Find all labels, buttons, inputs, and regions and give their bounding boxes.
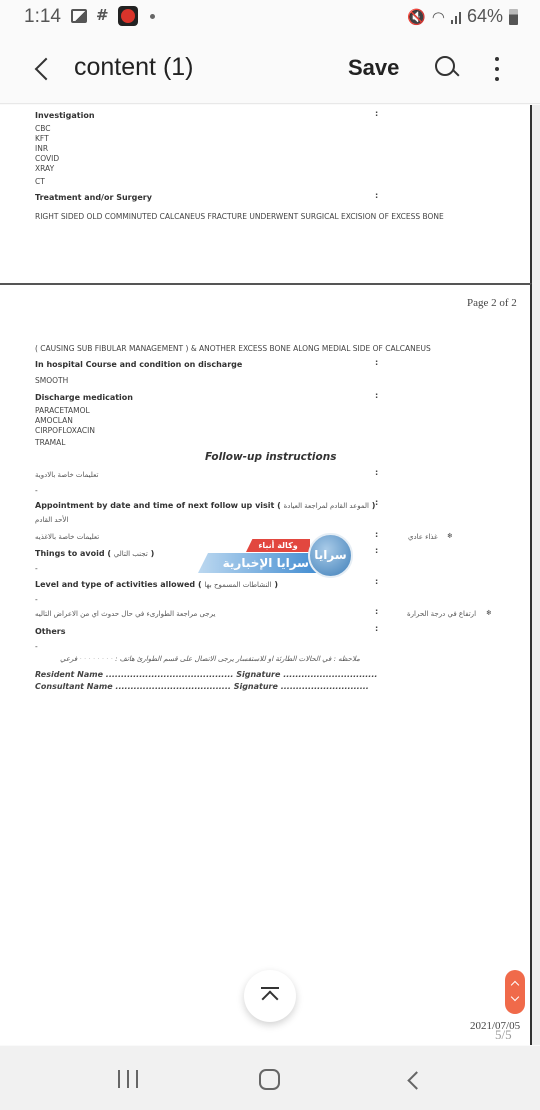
emergency-note: ملاحظه : في الحالات الطارئة او للاستفسار…: [60, 655, 360, 663]
colon: :: [375, 191, 378, 200]
investigation-item: KFT: [35, 134, 59, 144]
back-icon[interactable]: [404, 1070, 424, 1090]
emergency-instructions-ar: يرجى مراجعة الطوارىء في حال حدوث اي من ا…: [35, 610, 215, 618]
colon: :: [375, 358, 378, 367]
dash: -: [35, 595, 38, 605]
mute-vibrate-icon: 🔇: [407, 8, 426, 26]
colon: :: [375, 624, 378, 633]
appointment-value: الأحد القادم: [35, 516, 68, 524]
colon: :: [375, 546, 378, 555]
navigation-bar: [0, 1046, 540, 1110]
signal-icon: [451, 10, 461, 24]
colon: :: [375, 109, 378, 118]
investigation-item: CT: [35, 177, 59, 187]
chevron-left-icon[interactable]: [28, 52, 56, 86]
watermark-globe-logo: سرايا: [308, 533, 353, 578]
app-bar: content (1) Save: [0, 36, 540, 104]
bullet-icon: ❄: [447, 531, 453, 541]
colon: :: [375, 530, 378, 539]
medication-item: PARACETAMOL: [35, 406, 95, 416]
medication-item: AMOCLAN: [35, 416, 95, 426]
document-title: content (1): [74, 53, 194, 82]
pdf-page-5: Page 2 of 2 ( CAUSING SUB FIBULAR MANAGE…: [0, 283, 532, 1045]
dash: -: [35, 642, 38, 652]
page-indicator: 5/5: [495, 1027, 512, 1043]
more-vertical-icon[interactable]: [490, 54, 504, 84]
medication-item: TRAMAL: [35, 438, 95, 448]
others-label: Others: [35, 627, 65, 636]
battery-icon: [509, 9, 518, 25]
news-watermark: سرايا الإخبارية وكالة أنباء سرايا: [198, 533, 353, 588]
slack-icon: #: [96, 6, 109, 24]
treatment-label: Treatment and/or Surgery: [35, 193, 152, 202]
investigation-item: INR: [35, 144, 59, 154]
bullet-icon: ❄: [486, 608, 492, 618]
pdf-viewer[interactable]: Investigation : CBC KFT INR COVID XRAY C…: [0, 105, 540, 1045]
diet-value: غذاء عادي: [408, 533, 438, 541]
treatment-continuation: ( CAUSING SUB FIBULAR MANAGEMENT ) & ANO…: [35, 344, 431, 354]
page-of-label: Page 2 of 2: [467, 297, 517, 309]
colon: :: [375, 391, 378, 400]
follow-up-title: Follow-up instructions: [205, 451, 336, 463]
colon: :: [375, 607, 378, 616]
recent-apps-icon[interactable]: [118, 1070, 138, 1088]
screen: 1:14 # 🔇 ◠ 64% content (1) Save Investig…: [0, 0, 540, 1110]
colon: :: [375, 498, 378, 507]
investigation-item: CBC: [35, 124, 59, 134]
consultant-signature-line: Consultant Name ........................…: [35, 682, 369, 691]
save-button[interactable]: Save: [348, 55, 399, 81]
investigation-item: XRAY: [35, 164, 59, 174]
emergency-symptom: ارتفاع في درجة الحرارة: [407, 610, 476, 618]
treatment-value: RIGHT SIDED OLD COMMINUTED CALCANEUS FRA…: [35, 212, 444, 222]
investigation-list: CBC KFT INR COVID XRAY CT: [35, 124, 59, 187]
medication-list: PARACETAMOL AMOCLAN CIRPOFLOXACIN TRAMAL: [35, 406, 95, 448]
medication-label: Discharge medication: [35, 393, 133, 402]
avoid-label: Things to avoid ( تجنب التالي ): [35, 549, 154, 558]
wifi-icon: ◠: [432, 8, 445, 26]
diet-instructions-ar: تعليمات خاصة بالاغذيه: [35, 533, 99, 541]
status-bar: 1:14 # 🔇 ◠ 64%: [0, 0, 540, 36]
course-value: SMOOTH: [35, 376, 68, 386]
battery-percent: 64%: [467, 6, 503, 27]
appointment-label: Appointment by date and time of next fol…: [35, 501, 375, 510]
search-icon[interactable]: [432, 54, 462, 84]
resident-signature-line: Resident Name ..........................…: [35, 670, 377, 679]
news-app-icon: [118, 6, 138, 26]
system-status: 🔇 ◠ 64%: [407, 6, 518, 27]
watermark-red-banner: وكالة أنباء: [246, 539, 310, 552]
dash: -: [35, 486, 38, 496]
medication-instructions-ar: تعليمات خاصة بالادوية: [35, 471, 98, 479]
more-dot-icon: [150, 14, 155, 19]
gallery-icon: [71, 9, 87, 23]
colon: :: [375, 577, 378, 586]
course-label: In hospital Course and condition on disc…: [35, 360, 242, 369]
medication-item: CIRPOFLOXACIN: [35, 426, 95, 436]
dash: -: [35, 564, 38, 574]
home-icon[interactable]: [259, 1069, 280, 1090]
status-time: 1:14: [24, 6, 61, 28]
investigation-label: Investigation: [35, 111, 95, 120]
investigation-item: COVID: [35, 154, 59, 164]
colon: :: [375, 468, 378, 477]
page-scroller-icon[interactable]: [505, 970, 525, 1014]
scroll-to-top-icon[interactable]: [244, 970, 296, 1022]
watermark-blue-banner: سرايا الإخبارية: [198, 553, 323, 573]
